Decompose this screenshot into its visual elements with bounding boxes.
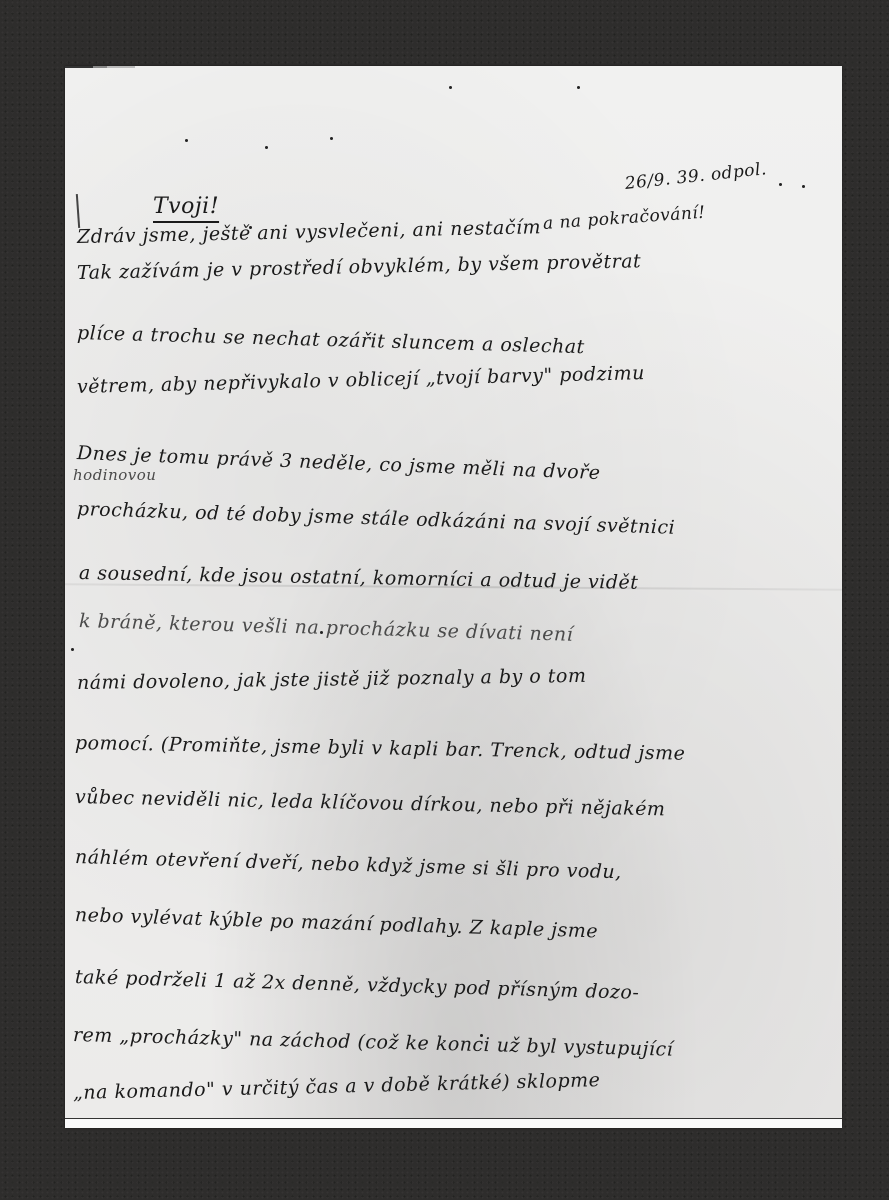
dust-speck (779, 183, 782, 186)
top-edge-mark (65, 66, 135, 68)
dust-speck (185, 139, 188, 142)
dust-speck (71, 648, 74, 651)
dust-speck (449, 86, 452, 89)
paper-bottom-margin (65, 1119, 842, 1128)
dust-speck (577, 86, 580, 89)
letter-line-insertion: hodinovou (73, 466, 193, 484)
dust-speck (802, 185, 805, 188)
letter-greeting: Tvoji! (153, 194, 219, 219)
dust-speck (265, 146, 268, 149)
dust-speck (330, 137, 333, 140)
dark-mounting-board: Tvoji! 26/9. 39. odpol. a na pokračování… (0, 0, 889, 1200)
letter-page: Tvoji! 26/9. 39. odpol. a na pokračování… (65, 66, 842, 1128)
